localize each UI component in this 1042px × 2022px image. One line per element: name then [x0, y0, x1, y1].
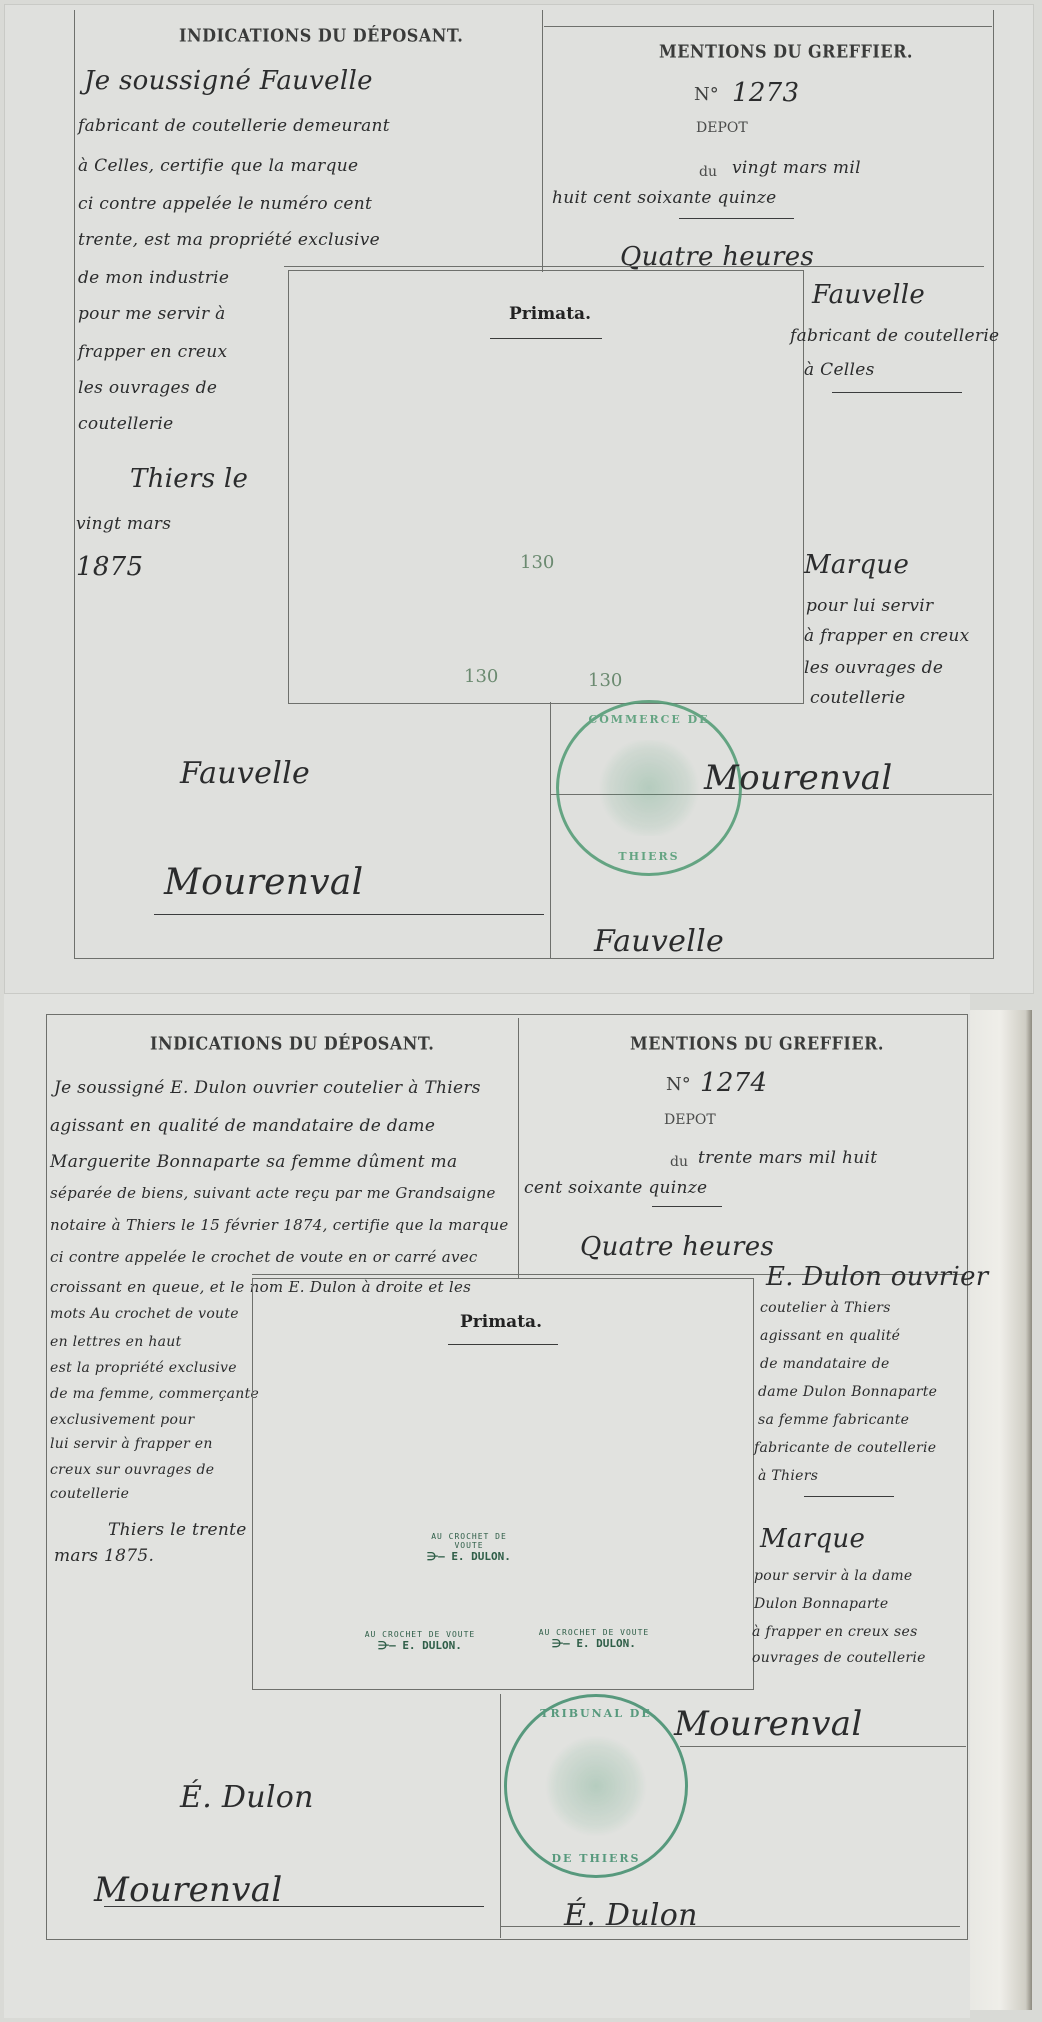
deposant-line: à Celles, certifie que la marque — [78, 156, 358, 176]
right-header: MENTIONS DU GREFFIER. — [630, 1033, 884, 1054]
du-label: du — [670, 1154, 688, 1170]
deposit-date-line-1: trente mars mil huit — [698, 1148, 877, 1168]
place-date: vingt mars — [76, 514, 171, 534]
mark-box — [288, 270, 804, 704]
greffier-note: fabricante de coutellerie — [754, 1440, 936, 1456]
deposant-line: coutellerie — [50, 1486, 129, 1502]
marque-line: Dulon Bonnaparte — [754, 1596, 888, 1612]
deposant-line: ci contre appelée le crochet de voute en… — [50, 1248, 478, 1266]
deposant-line: frapper en creux — [78, 342, 227, 362]
title-underline — [490, 338, 602, 339]
mark-box-title: Primata. — [460, 1312, 542, 1332]
left-header: INDICATIONS DU DÉPOSANT. — [150, 1033, 434, 1054]
note-underline — [832, 392, 962, 393]
left-header: INDICATIONS DU DÉPOSANT. — [179, 25, 463, 46]
trademark-stamp: AU CROCHET DE VOUTE ⋺— E. DULON. — [414, 1532, 524, 1563]
deposant-line: agissant en qualité de mandataire de dam… — [50, 1116, 435, 1136]
column-divider — [518, 1018, 519, 1278]
greffier-note: Fauvelle — [812, 280, 925, 310]
register-page-1273: INDICATIONS DU DÉPOSANT. MENTIONS DU GRE… — [4, 4, 1034, 994]
depot-label: DEPOT — [696, 120, 748, 136]
deposant-line: de ma femme, commerçante — [50, 1386, 259, 1402]
signature-divider — [500, 1694, 501, 1938]
signature: Mourenval — [674, 1704, 863, 1744]
mark-box — [252, 1278, 754, 1690]
place-date: mars 1875. — [54, 1546, 154, 1566]
marque-line: coutellerie — [810, 688, 905, 708]
date-underline — [679, 218, 794, 219]
date-underline — [652, 1206, 722, 1207]
marque-line: les ouvrages de — [804, 658, 943, 678]
place-date: Thiers le trente — [108, 1520, 247, 1540]
deposant-line: notaire à Thiers le 15 février 1874, cer… — [50, 1216, 509, 1234]
signature: É. Dulon — [564, 1898, 698, 1933]
signature-underline — [104, 1906, 484, 1907]
greffier-note: agissant en qualité — [760, 1328, 900, 1344]
deposant-line: est la propriété exclusive — [50, 1360, 237, 1376]
trademark-mark: 130 — [464, 666, 498, 687]
deposant-line: fabricant de coutellerie demeurant — [78, 116, 390, 136]
place-date: 1875 — [76, 552, 143, 582]
marque-line: Marque — [804, 550, 909, 580]
register-page-1274: INDICATIONS DU DÉPOSANT. MENTIONS DU GRE… — [4, 994, 1034, 2018]
signature-rule — [680, 1746, 966, 1747]
note-underline — [804, 1496, 894, 1497]
trademark-stamp: AU CROCHET DE VOUTE ⋺— E. DULON. — [534, 1628, 654, 1650]
signature: Fauvelle — [594, 924, 724, 959]
number-label: N° — [666, 1074, 691, 1095]
column-divider — [542, 10, 543, 272]
deposit-date-line-2: cent soixante quinze — [524, 1178, 707, 1198]
du-label: du — [699, 164, 717, 180]
deposant-line: mots Au crochet de voute — [50, 1306, 239, 1322]
signature-divider — [550, 702, 551, 958]
court-seal: TRIBUNAL DE DE THIERS — [504, 1694, 688, 1878]
marque-line: pour servir à la dame — [754, 1568, 912, 1584]
right-header: MENTIONS DU GREFFIER. — [659, 41, 913, 62]
deposit-time: Quatre heures — [620, 242, 814, 272]
signature: É. Dulon — [180, 1780, 314, 1815]
title-underline — [448, 1344, 558, 1345]
marque-line: pour lui servir — [806, 596, 933, 616]
deposit-time: Quatre heures — [580, 1232, 774, 1262]
deposant-line: exclusivement pour — [50, 1412, 195, 1428]
signature: Mourenval — [94, 1870, 283, 1910]
trademark-stamp: AU CROCHET DE VOUTE ⋺— E. DULON. — [360, 1630, 480, 1652]
deposant-line: trente, est ma propriété exclusive — [78, 230, 380, 250]
signature-underline — [154, 914, 544, 915]
depot-label: DEPOT — [664, 1112, 716, 1128]
deposit-date-line-2: huit cent soixante quinze — [552, 188, 776, 208]
deposant-line: creux sur ouvrages de — [50, 1462, 214, 1478]
marque-line: Marque — [760, 1524, 865, 1554]
deposant-line: de mon industrie — [78, 268, 229, 288]
signature: Mourenval — [164, 862, 363, 903]
signature: Fauvelle — [180, 756, 310, 791]
number-label: N° — [694, 84, 719, 105]
deposant-line: pour me servir à — [78, 304, 226, 324]
box-top-rule — [284, 266, 984, 267]
deposant-line: séparée de biens, suivant acte reçu par … — [50, 1184, 496, 1202]
trademark-mark: 130 — [520, 552, 554, 573]
deposant-line: coutellerie — [78, 414, 173, 434]
greffier-note: à Thiers — [758, 1468, 818, 1484]
trident-icon: ⋺— — [552, 1637, 570, 1650]
deposant-line: Marguerite Bonnaparte sa femme dûment ma — [50, 1152, 457, 1172]
greffier-note: coutelier à Thiers — [760, 1300, 891, 1316]
deposant-line: Je soussigné Fauvelle — [84, 66, 373, 96]
marque-line: ouvrages de coutellerie — [752, 1650, 926, 1666]
greffier-note: à Celles — [804, 360, 875, 380]
mark-box-title: Primata. — [509, 304, 591, 324]
deposant-line: les ouvrages de — [78, 378, 217, 398]
deposant-line: lui servir à frapper en — [50, 1436, 213, 1452]
deposit-number: 1273 — [732, 78, 799, 108]
trademark-mark: 130 — [588, 670, 622, 691]
deposant-line: ci contre appelée le numéro cent — [78, 194, 372, 214]
place-date: Thiers le — [130, 464, 248, 494]
signature: Mourenval — [704, 758, 893, 798]
greffier-note: dame Dulon Bonnaparte — [758, 1384, 937, 1400]
top-rule — [544, 26, 992, 27]
deposant-line: Je soussigné E. Dulon ouvrier coutelier … — [54, 1078, 481, 1098]
trident-icon: ⋺— — [427, 1550, 445, 1563]
marque-line: à frapper en creux ses — [752, 1624, 918, 1640]
trident-icon: ⋺— — [378, 1639, 396, 1652]
marque-line: à frapper en creux — [804, 626, 970, 646]
greffier-note: de mandataire de — [760, 1356, 890, 1372]
greffier-note: sa femme fabricante — [758, 1412, 909, 1428]
deposant-line: en lettres en haut — [50, 1334, 182, 1350]
deposit-date-line-1: vingt mars mil — [732, 158, 861, 178]
greffier-note: E. Dulon ouvrier — [766, 1262, 989, 1292]
deposit-number: 1274 — [700, 1068, 767, 1098]
greffier-note: fabricant de coutellerie — [790, 326, 999, 346]
